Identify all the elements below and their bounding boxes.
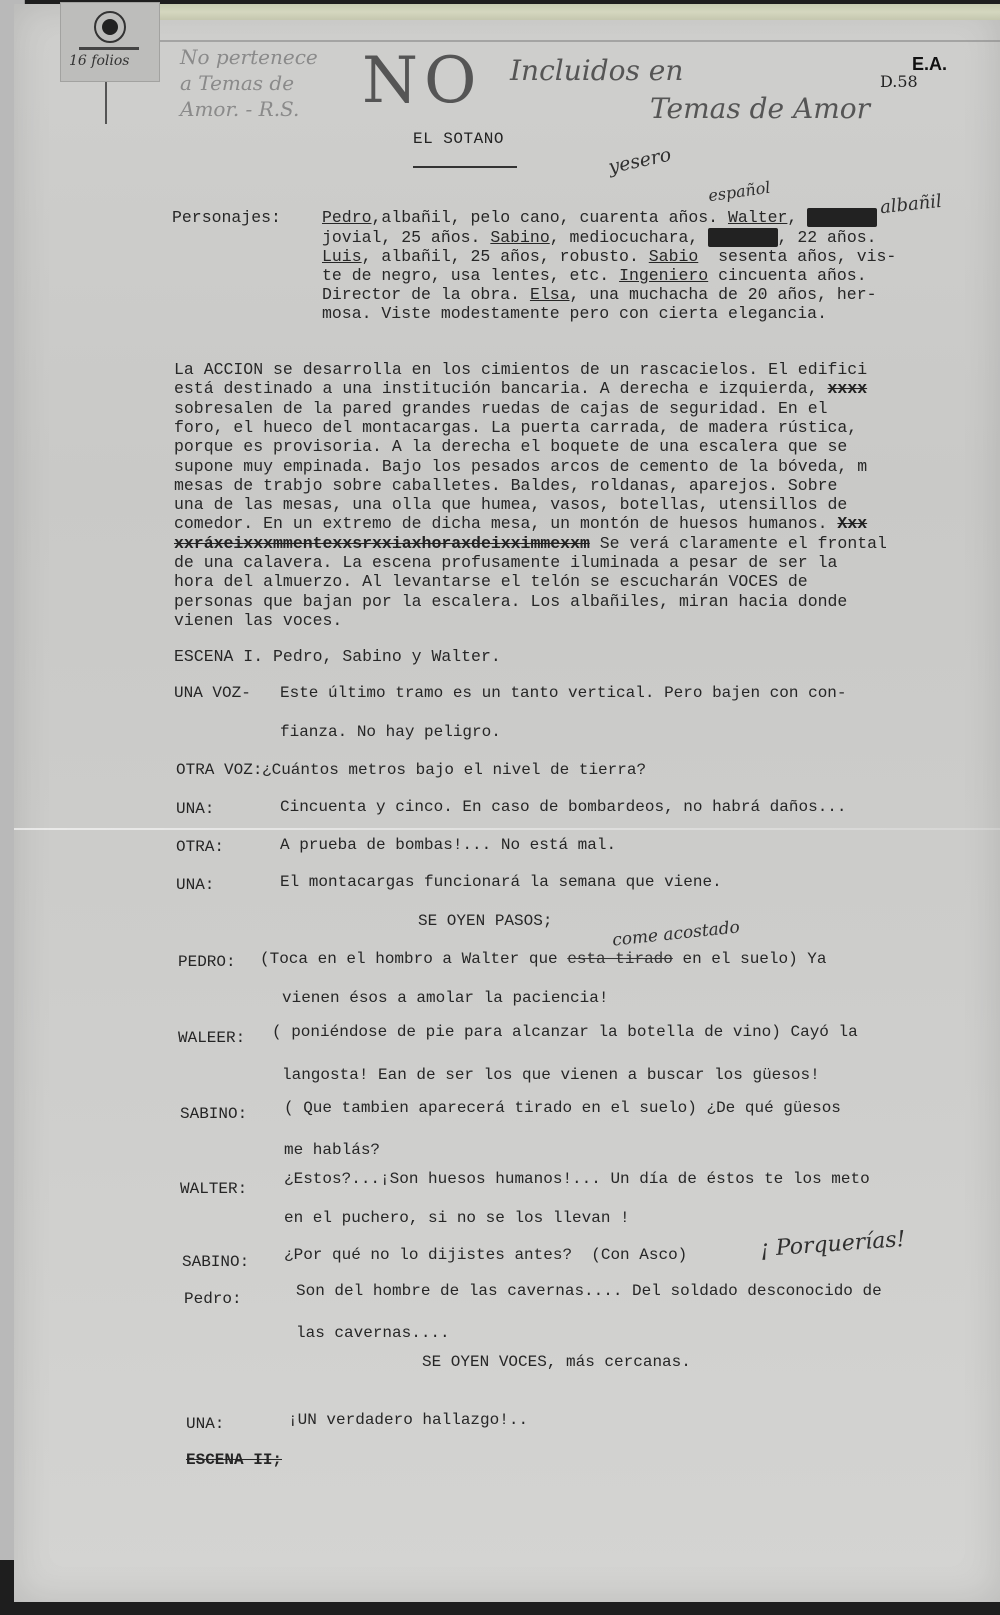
text-span: , albañil, 25 años, robusto. [362, 247, 649, 266]
text-span: cincuenta años. [708, 266, 866, 285]
struck-text: xxráxeixxxmmentexxsrxxiaxhoraxdeixximmex… [174, 534, 590, 553]
stage-direction: SE OYEN PASOS; [418, 912, 552, 930]
redacted-word: español [807, 208, 876, 227]
character-ingeniero: Ingeniero [619, 266, 708, 285]
stamp-bar [79, 47, 139, 50]
dialogue-line: ¿Cuántos metros bajo el nivel de tierra? [262, 761, 646, 779]
fold-crease-top [150, 40, 1000, 42]
speaker-label: UNA: [176, 800, 214, 818]
dialogue-line: A prueba de bombas!... No está mal. [280, 836, 616, 854]
dialogue-line: ¿Por qué no lo dijistes antes? (Con Asco… [284, 1246, 687, 1264]
stamp-circle-icon [94, 11, 126, 43]
archive-code-line-2: D.58 [880, 72, 918, 91]
dialogue-line: las cavernas.... [296, 1324, 450, 1342]
personajes-line: mosa. Viste modestamente pero con cierta… [322, 304, 827, 323]
ink-note-line-2: Temas de Amor [650, 92, 870, 125]
pencil-note-line: Amor. - R.S. [180, 96, 318, 122]
text-span: , [778, 228, 798, 247]
text-span: , una muchacha de 20 años, her- [570, 285, 877, 304]
speaker-label: WALEER: [178, 1029, 245, 1047]
dialogue-line: ¿Estos?...¡Son huesos humanos!... Un día… [284, 1170, 870, 1188]
dialogue-line: (Toca en el hombro a Walter que esta tir… [260, 950, 827, 968]
dialogue-line: langosta! Ean de ser los que vienen a bu… [282, 1066, 820, 1084]
speaker-label: UNA VOZ- [174, 684, 251, 702]
character-sabino: Sabino [490, 228, 549, 247]
text-span: mesas de trabjo sobre caballetes. Baldes… [174, 476, 837, 495]
accion-line: foro, el hueco del montacargas. La puert… [174, 418, 857, 437]
text-span: Director de la obra. [322, 285, 530, 304]
archive-stamp: 16 folios [60, 2, 160, 82]
text-span: está destinado a una institución bancari… [174, 379, 828, 398]
text-span: foro, el hueco del montacargas. La puert… [174, 418, 857, 437]
personajes-line: te de negro, usa lentes, etc. Ingeniero … [322, 266, 867, 285]
speaker-label: SABINO: [180, 1105, 247, 1123]
dialogue-line: El montacargas funcionará la semana que … [280, 873, 722, 891]
text-span: , mediocuchara, [550, 228, 708, 247]
text-span: personas que bajan por la escalera. Los … [174, 592, 847, 611]
character-elsa: Elsa [530, 285, 570, 304]
accion-line: personas que bajan por la escalera. Los … [174, 592, 847, 611]
text-span: supone muy empinada. Bajo los pesados ar… [174, 457, 867, 476]
dialogue-line: vienen ésos a amolar la paciencia! [282, 989, 608, 1007]
text-span: jovial, 25 años. [322, 228, 490, 247]
personajes-line: Director de la obra. Elsa, una muchacha … [322, 285, 877, 304]
stage-direction: SE OYEN VOCES, más cercanas. [422, 1353, 691, 1371]
stamp-folio-count: 16 folios [69, 53, 129, 69]
text-span: Se verá claramente el frontal [590, 534, 887, 553]
speaker-label: OTRA: [176, 838, 224, 856]
speaker-label: SABINO: [182, 1253, 249, 1271]
adhesive-tape [150, 4, 1000, 20]
struck-text: Xxx [837, 514, 867, 533]
text-span: de una calavera. La escena profusamente … [174, 553, 837, 572]
speaker-label: PEDRO: [178, 953, 236, 971]
speaker-label: UNA: [186, 1415, 224, 1433]
text-span: 22 años. [797, 228, 876, 247]
struck-text: xxxx [828, 379, 868, 398]
text-span: ,albañil, pelo cano, cuarenta años. [372, 208, 728, 227]
accion-line: xxráxeixxxmmentexxsrxxiaxhoraxdeixximmex… [174, 534, 887, 553]
personajes-line: Pedro,albañil, pelo cano, cuarenta años.… [322, 208, 877, 227]
dialogue-line: me hablás? [284, 1141, 380, 1159]
dialogue-line: ¡UN verdadero hallazgo!.. [288, 1411, 528, 1429]
text-span: te de negro, usa lentes, etc. [322, 266, 619, 285]
personajes-line: jovial, 25 años. Sabino, mediocuchara, e… [322, 228, 877, 247]
pencil-note: No pertenece a Temas de Amor. - R.S. [180, 44, 318, 122]
accion-line: sobresalen de la pared grandes ruedas de… [174, 399, 828, 418]
accion-line: comedor. En un extremo de dicha mesa, un… [174, 514, 867, 533]
play-title: EL SOTANO [413, 130, 504, 148]
accion-line: porque es provisoria. A la derecha el bo… [174, 437, 847, 456]
dialogue-line: fianza. No hay peligro. [280, 723, 501, 741]
struck-text: esta tirado [567, 950, 673, 968]
text-span: hora del almuerzo. Al levantarse el teló… [174, 572, 808, 591]
text-span: comedor. En un extremo de dicha mesa, un… [174, 514, 837, 533]
speaker-label: OTRA VOZ: [176, 761, 262, 779]
fold-crease [14, 828, 1000, 830]
accion-line: vienen las voces. [174, 611, 342, 630]
accion-line: de una calavera. La escena profusamente … [174, 553, 837, 572]
pencil-note-line: a Temas de [180, 70, 318, 96]
pencil-note-line: No pertenece [180, 44, 318, 70]
title-underline [413, 166, 517, 168]
scene-heading: ESCENA I. Pedro, Sabino y Walter. [174, 647, 501, 666]
text-span: (Toca en el hombro a Walter que [260, 950, 567, 968]
dialogue-line: en el puchero, si no se los llevan ! [284, 1209, 630, 1227]
speaker-label: UNA: [176, 876, 214, 894]
text-span: vienen las voces. [174, 611, 342, 630]
character-luis: Luis [322, 247, 362, 266]
character-walter: Walter [728, 208, 787, 227]
accion-line: hora del almuerzo. Al levantarse el teló… [174, 572, 808, 591]
accion-line: La ACCION se desarrolla en los cimientos… [174, 360, 867, 379]
character-pedro: Pedro [322, 208, 372, 227]
dialogue-line: ( Que tambien aparecerá tirado en el sue… [284, 1099, 841, 1117]
speaker-label: Pedro: [184, 1290, 242, 1308]
personajes-line: Luis, albañil, 25 años, robusto. Sabio s… [322, 247, 896, 266]
accion-line: supone muy empinada. Bajo los pesados ar… [174, 457, 867, 476]
character-sabio: Sabio [649, 247, 699, 266]
speaker-label: WALTER: [180, 1180, 247, 1198]
dialogue-line: Este último tramo es un tanto vertical. … [280, 684, 847, 702]
dialogue-line: Cincuenta y cinco. En caso de bombardeos… [280, 798, 847, 816]
personajes-label: Personajes: [172, 208, 281, 227]
text-span: en el suelo) Ya [673, 950, 827, 968]
text-span: mosa. Viste modestamente pero con cierta… [322, 304, 827, 323]
accion-line: mesas de trabjo sobre caballetes. Baldes… [174, 476, 837, 495]
text-span: sobresalen de la pared grandes ruedas de… [174, 399, 828, 418]
redacted-word: español [708, 228, 777, 247]
text-span: La ACCION se desarrolla en los cimientos… [174, 360, 867, 379]
accion-line: una de las mesas, una olla que humea, va… [174, 495, 847, 514]
struck-scene-heading: ESCENA II; [186, 1451, 282, 1469]
dialogue-line: ( poniéndose de pie para alcanzar la bot… [272, 1023, 858, 1041]
handwritten-no-mark: NO [362, 44, 482, 118]
ink-note-line-1: Incluidos en [510, 54, 683, 87]
text-span: porque es provisoria. A la derecha el bo… [174, 437, 847, 456]
text-span: una de las mesas, una olla que humea, va… [174, 495, 847, 514]
text-span: , [787, 208, 807, 227]
text-span: sesenta años, vis- [698, 247, 896, 266]
dialogue-line: Son del hombre de las cavernas.... Del s… [296, 1282, 882, 1300]
accion-line: está destinado a una institución bancari… [174, 379, 867, 398]
pencil-stroke [105, 82, 107, 124]
